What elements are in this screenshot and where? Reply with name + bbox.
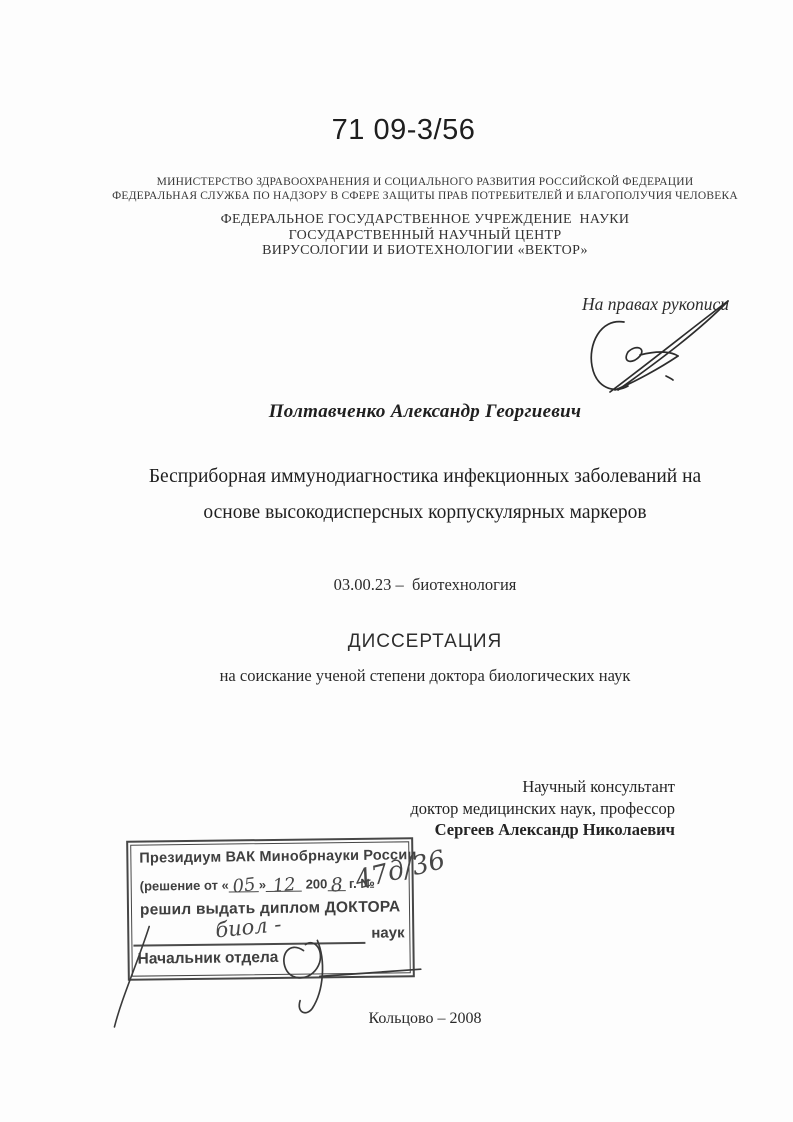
stamp-department-head-line: Начальник отдела bbox=[137, 949, 278, 969]
stamp-decision-prefix: (решение от « bbox=[140, 878, 229, 894]
ministry-line-1: МИНИСТЕРСТВО ЗДРАВООХРАНЕНИЯ И СОЦИАЛЬНО… bbox=[52, 176, 793, 190]
dissertation-title-line-1: Бесприборная иммунодиагностика инфекцион… bbox=[52, 459, 793, 495]
institution-block: ФЕДЕРАЛЬНОЕ ГОСУДАРСТВЕННОЕ УЧРЕЖДЕНИЕ Н… bbox=[52, 212, 793, 259]
vak-approval-stamp: Президиум ВАК Минобрнауки России (решени… bbox=[126, 837, 415, 980]
dissertation-title: Бесприборная иммунодиагностика инфекцион… bbox=[52, 459, 793, 531]
consultant-degree: доктор медицинских наук, профессор bbox=[410, 798, 675, 820]
stamp-decision-line: (решение от «05»12 2008 г. № bbox=[140, 874, 375, 894]
institution-line-2: ГОСУДАРСТВЕННЫЙ НАУЧНЫЙ ЦЕНТР bbox=[52, 228, 793, 244]
degree-pursuit-line: на соискание ученой степени доктора биол… bbox=[52, 666, 793, 686]
institution-line-1: ФЕДЕРАЛЬНОЕ ГОСУДАРСТВЕННОЕ УЧРЕЖДЕНИЕ Н… bbox=[52, 212, 793, 228]
handwritten-year-digit: 8 bbox=[330, 874, 343, 897]
scientific-consultant-block: Научный консультант доктор медицинских н… bbox=[410, 776, 675, 841]
stamp-year-prefix: 200 bbox=[306, 876, 328, 891]
institution-line-3: ВИРУСОЛОГИИ И БИОТЕХНОЛОГИИ «ВЕКТОР» bbox=[52, 243, 793, 259]
document-type-heading: ДИССЕРТАЦИЯ bbox=[52, 631, 793, 653]
stamp-day-blank: 05 bbox=[229, 875, 259, 892]
stamp-month-blank: 12 bbox=[266, 875, 302, 892]
stamp-year-blank: 8 bbox=[327, 874, 345, 891]
city-and-year: Кольцово – 2008 bbox=[52, 1010, 793, 1028]
consultant-role: Научный консультант bbox=[410, 776, 675, 798]
dissertation-title-line-2: основе высокодисперсных корпускулярных м… bbox=[52, 495, 793, 531]
author-signature bbox=[580, 295, 740, 405]
ministry-line-2: ФЕДЕРАЛЬНАЯ СЛУЖБА ПО НАДЗОРУ В СФЕРЕ ЗА… bbox=[52, 190, 793, 204]
author-name: Полтавченко Александр Георгиевич bbox=[52, 401, 793, 423]
handwritten-day: 05 bbox=[231, 874, 256, 898]
ministry-block: МИНИСТЕРСТВО ЗДРАВООХРАНЕНИЯ И СОЦИАЛЬНО… bbox=[52, 176, 793, 203]
case-number: 71 09-3/56 bbox=[0, 114, 793, 147]
speciality-code: 03.00.23 – биотехнология bbox=[52, 575, 793, 595]
handwritten-month: 12 bbox=[272, 874, 297, 897]
consultant-name: Сергеев Александр Николаевич bbox=[410, 819, 675, 841]
dissertation-title-page: 71 09-3/56 МИНИСТЕРСТВО ЗДРАВООХРАНЕНИЯ … bbox=[0, 0, 793, 1122]
